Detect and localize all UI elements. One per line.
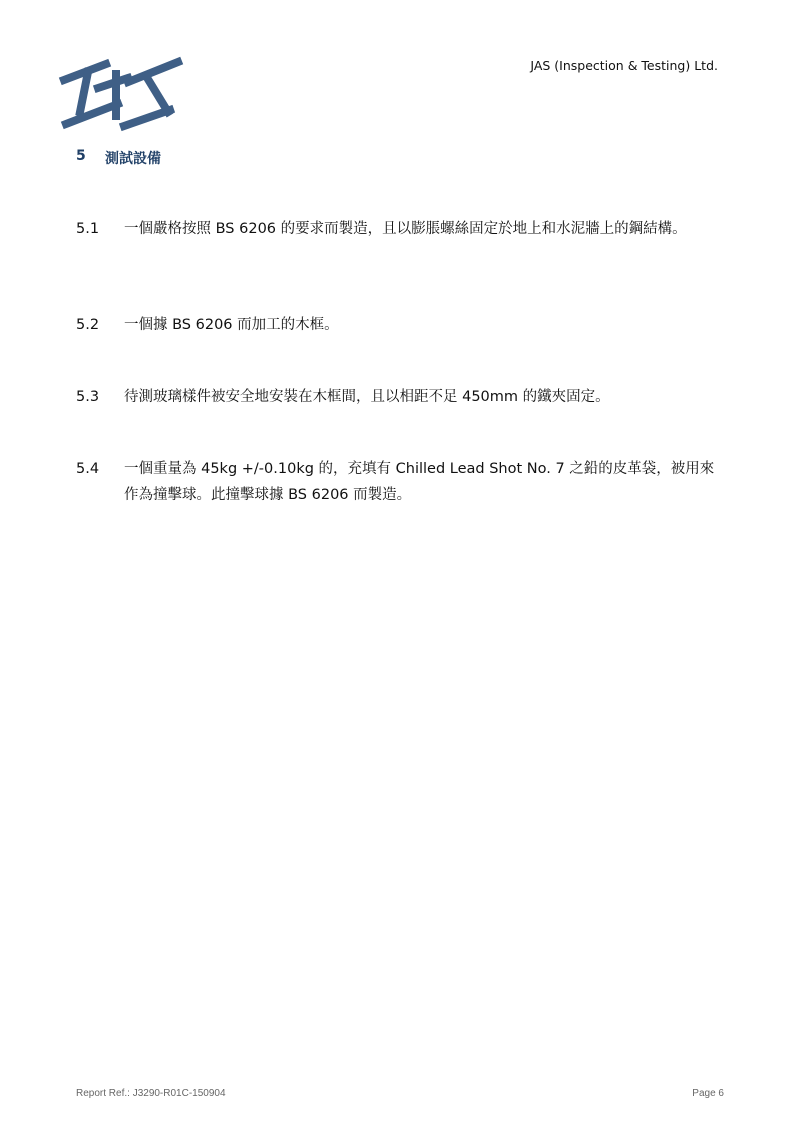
- jas-logo-icon: [58, 52, 188, 132]
- item-text: 一個據 BS 6206 而加工的木框。: [124, 312, 716, 338]
- item-number: 5.4: [76, 456, 124, 508]
- item-number: 5.1: [76, 216, 124, 242]
- item-text: 待測玻璃樣件被安全地安裝在木框間，且以相距不足 450mm 的鐵夾固定。: [124, 384, 716, 410]
- section-title: 測試設備: [105, 148, 161, 168]
- page-number: Page 6: [692, 1088, 724, 1099]
- item-text: 一個嚴格按照 BS 6206 的要求而製造，且以膨脹螺絲固定於地上和水泥牆上的鋼…: [124, 216, 716, 242]
- item-number: 5.2: [76, 312, 124, 338]
- section-number: 5: [76, 148, 105, 168]
- list-item: 5.4 一個重量為 45kg +/-0.10kg 的，充填有 Chilled L…: [76, 456, 716, 508]
- company-name: JAS (Inspection & Testing) Ltd.: [530, 58, 718, 73]
- report-reference: Report Ref.: J3290-R01C-150904: [76, 1088, 226, 1099]
- company-logo: [58, 52, 188, 132]
- item-text: 一個重量為 45kg +/-0.10kg 的，充填有 Chilled Lead …: [124, 456, 716, 508]
- list-item: 5.3 待測玻璃樣件被安全地安裝在木框間，且以相距不足 450mm 的鐵夾固定。: [76, 384, 716, 410]
- item-number: 5.3: [76, 384, 124, 410]
- list-item: 5.1 一個嚴格按照 BS 6206 的要求而製造，且以膨脹螺絲固定於地上和水泥…: [76, 216, 716, 242]
- list-item: 5.2 一個據 BS 6206 而加工的木框。: [76, 312, 716, 338]
- section-heading: 5 測試設備: [76, 148, 161, 168]
